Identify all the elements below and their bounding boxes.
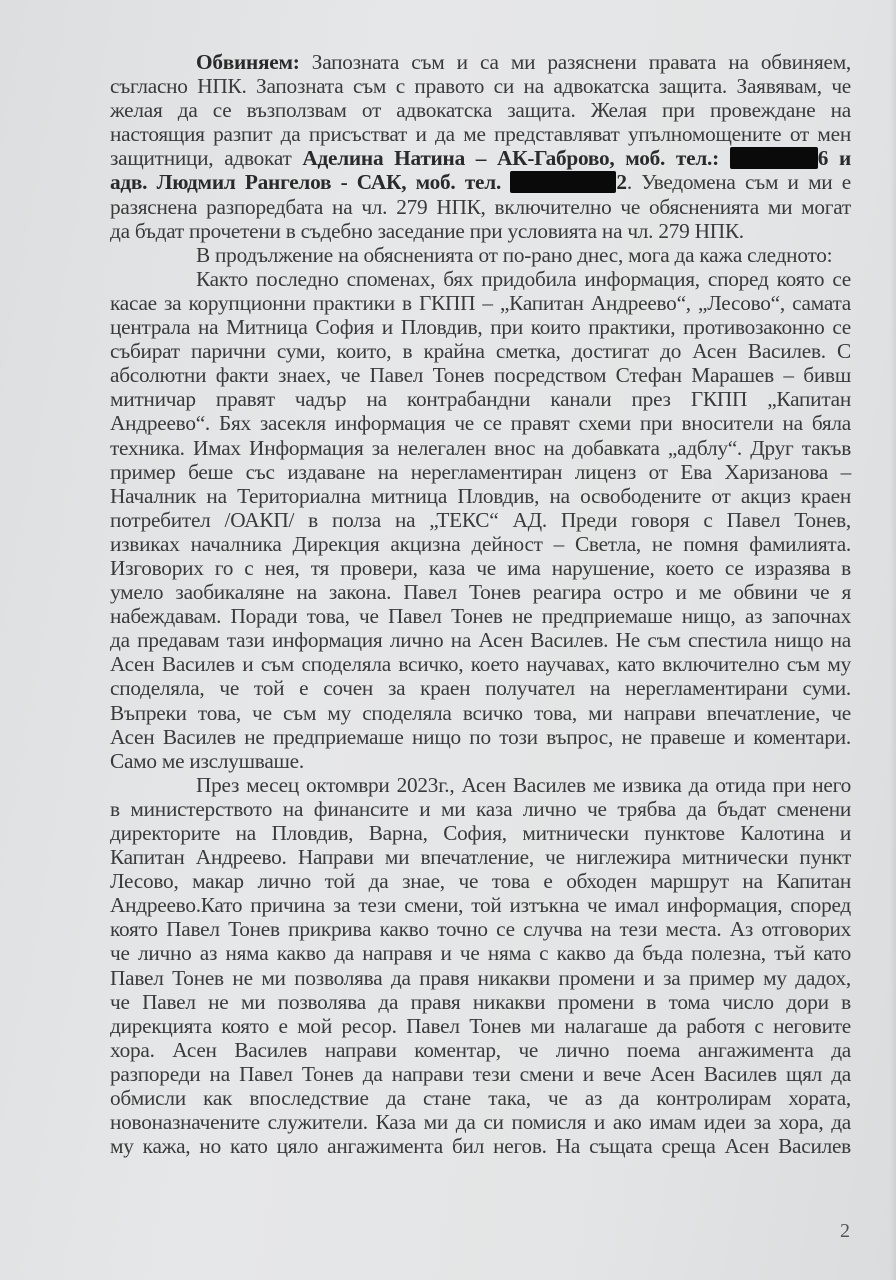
text-run: митничар правят чадър на контрабандни ка…	[110, 387, 851, 411]
text-run: която Павел Тонев прикрива какво точно с…	[110, 917, 851, 941]
text-line: обмисли как впоследствие да стане така, …	[110, 1086, 851, 1110]
text-line: Лесово, макар лично той да знае, че това…	[110, 869, 851, 893]
text-run: потребител /ОАКП/ в полза на „ТЕКС“ АД. …	[110, 508, 851, 532]
text-run: извиках началника Дирекция акцизна дейно…	[110, 532, 851, 556]
text-run: набеждавам. Поради това, че Павел Тонев …	[110, 604, 851, 628]
text-run: Андреево“. Бях засекля информация че се …	[110, 411, 851, 435]
text-run: събират парични суми, които, в крайна см…	[110, 339, 851, 363]
text-line: Само ме изслушваше.	[110, 749, 851, 773]
text-line: В продължение на обясненията от по-рано …	[110, 243, 851, 267]
text-line: Въпреки това, че съм му споделяла всичко…	[110, 701, 851, 725]
text-line: абсолютни факти знаех, че Павел Тонев по…	[110, 363, 851, 387]
text-run: Запозната съм и са ми разяснени правата …	[300, 50, 851, 74]
text-line: събират парични суми, които, в крайна см…	[110, 339, 851, 363]
text-line: Павел Тонев не ми позволява да правя ник…	[110, 966, 851, 990]
text-run: дирекцията която е мой ресор. Павел Тоне…	[110, 1014, 851, 1038]
text-run: техника. Имах Информация за нелегален вн…	[110, 436, 851, 460]
text-run: новоназначените служители. Каза ми да си…	[110, 1110, 851, 1134]
bold-text: Обвиняем:	[196, 50, 300, 74]
text-run: директорите на Пловдив, Варна, София, ми…	[110, 821, 851, 845]
text-line: директорите на Пловдив, Варна, София, ми…	[110, 821, 851, 845]
text-run: умело заобикаляне на закона. Павел Тонев…	[110, 580, 851, 604]
text-run: В продължение на обясненията от по-рано …	[196, 243, 832, 267]
paragraph: През месец октомври 2023г., Асен Василев…	[110, 773, 851, 1159]
text-line: Началник на Териториална митница Пловдив…	[110, 484, 851, 508]
text-run: Въпреки това, че съм му споделяла всичко…	[110, 701, 851, 725]
text-line: Обвиняем: Запозната съм и са ми разяснен…	[110, 50, 851, 74]
text-run: настоящия разпит да присъстват и да ме п…	[110, 122, 851, 146]
text-run: че лично аз няма какво да направя и че н…	[110, 941, 851, 965]
text-run: Асен Василев и съм споделяла всичко, кое…	[110, 652, 851, 676]
text-line: дирекцията която е мой ресор. Павел Тоне…	[110, 1014, 851, 1038]
text-line: че Павел не ми позволява да правя никакв…	[110, 990, 851, 1014]
text-line: умело заобикаляне на закона. Павел Тонев…	[110, 580, 851, 604]
text-run: разяснена разпоредбата на чл. 279 НПК, в…	[110, 195, 851, 219]
text-line: новоназначените служители. Каза ми да си…	[110, 1110, 851, 1134]
paragraph: В продължение на обясненията от по-рано …	[110, 243, 851, 267]
bold-text: 6 и	[818, 146, 851, 170]
text-run: пример беше със издаване на нерегламенти…	[110, 460, 851, 484]
text-line: пример беше със издаване на нерегламенти…	[110, 460, 851, 484]
text-run: разпореди на Павел Тонев да направи тези…	[110, 1062, 851, 1086]
text-line: касае за корупционни практики в ГКПП – „…	[110, 291, 851, 315]
text-line: Асен Василев и съм споделяла всичко, кое…	[110, 652, 851, 676]
text-line: да бъдат прочетени в съдебно заседание п…	[110, 219, 851, 243]
bold-text: адв. Людмил Рангелов - САК, моб. тел.	[110, 170, 510, 194]
text-line: разпореди на Павел Тонев да направи тези…	[110, 1062, 851, 1086]
text-line: споделяла, че той е сочен за краен получ…	[110, 676, 851, 700]
text-line: желая да се възползвам от адвокатска защ…	[110, 98, 851, 122]
text-run: споделяла, че той е сочен за краен получ…	[110, 676, 851, 700]
text-line: му кажа, но като цяло ангажимента бил не…	[110, 1134, 851, 1158]
text-run: Началник на Териториална митница Пловдив…	[110, 484, 851, 508]
text-run: Само ме изслушваше.	[110, 749, 304, 773]
text-run: да бъдат прочетени в съдебно заседание п…	[110, 219, 744, 243]
bold-text: 2	[616, 170, 626, 194]
text-run: му кажа, но като цяло ангажимента бил не…	[110, 1134, 851, 1158]
text-line: разяснена разпоредбата на чл. 279 НПК, в…	[110, 195, 851, 219]
text-line: Асен Василев не предприемаше нищо по тоз…	[110, 725, 851, 749]
text-line: Андреево.Като причина за тези смени, той…	[110, 893, 851, 917]
text-run: Както последно споменах, бях придобила и…	[196, 267, 851, 291]
text-run: абсолютни факти знаех, че Павел Тонев по…	[110, 363, 851, 387]
text-run: желая да се възползвам от адвокатска защ…	[110, 98, 851, 122]
text-line: Както последно споменах, бях придобила и…	[110, 267, 851, 291]
text-line: През месец октомври 2023г., Асен Василев…	[110, 773, 851, 797]
text-line: настоящия разпит да присъстват и да ме п…	[110, 122, 851, 146]
paragraph: Както последно споменах, бях придобила и…	[110, 267, 851, 773]
text-run: защитници, адвокат	[110, 146, 302, 170]
text-line: централа на Митница София и Пловдив, при…	[110, 315, 851, 339]
text-run: обмисли как впоследствие да стане така, …	[110, 1086, 851, 1110]
text-run: Капитан Андреево. Направи ми впечатление…	[110, 845, 851, 869]
text-line: съгласно НПК. Запозната съм с правото си…	[110, 74, 851, 98]
text-line: адв. Людмил Рангелов - САК, моб. тел. 2.…	[110, 170, 851, 194]
redaction-box	[510, 171, 616, 193]
text-run: централа на Митница София и Пловдив, при…	[110, 315, 851, 339]
text-run: Изговорих го с нея, тя провери, каза че …	[110, 556, 851, 580]
text-run: Андреево.Като причина за тези смени, той…	[110, 893, 851, 917]
text-line: извиках началника Дирекция акцизна дейно…	[110, 532, 851, 556]
text-line: набеждавам. Поради това, че Павел Тонев …	[110, 604, 851, 628]
text-run: в министерството на финансите и ми каза …	[110, 797, 851, 821]
text-run: . Уведомена съм и ми е	[627, 170, 851, 194]
text-line: митничар правят чадър на контрабандни ка…	[110, 387, 851, 411]
bold-text: Аделина Натина – АК-Габрово, моб. тел.:	[302, 146, 729, 170]
text-run: Лесово, макар лично той да знае, че това…	[110, 869, 851, 893]
text-line: техника. Имах Информация за нелегален вн…	[110, 436, 851, 460]
text-line: в министерството на финансите и ми каза …	[110, 797, 851, 821]
text-run: хора. Асен Василев направи коментар, че …	[110, 1038, 851, 1062]
text-line: защитници, адвокат Аделина Натина – АК-Г…	[110, 146, 851, 170]
text-run: че Павел не ми позволява да правя никакв…	[110, 990, 851, 1014]
document-body: Обвиняем: Запозната съм и са ми разяснен…	[110, 50, 851, 1158]
text-line: Андреево“. Бях засекля информация че се …	[110, 411, 851, 435]
text-run: Павел Тонев не ми позволява да правя ник…	[110, 966, 851, 990]
text-run: касае за корупционни практики в ГКПП – „…	[110, 291, 851, 315]
text-run: През месец октомври 2023г., Асен Василев…	[196, 773, 851, 797]
paragraph: Обвиняем: Запозната съм и са ми разяснен…	[110, 50, 851, 243]
document-page: Обвиняем: Запозната съм и са ми разяснен…	[0, 0, 896, 1280]
text-line: Капитан Андреево. Направи ми впечатление…	[110, 845, 851, 869]
text-line: Изговорих го с нея, тя провери, каза че …	[110, 556, 851, 580]
text-line: потребител /ОАКП/ в полза на „ТЕКС“ АД. …	[110, 508, 851, 532]
page-number: 2	[840, 1220, 850, 1243]
text-run: съгласно НПК. Запозната съм с правото си…	[110, 74, 851, 98]
text-run: Асен Василев не предприемаше нищо по тоз…	[110, 725, 851, 749]
text-line: да предавам тази информация лично на Асе…	[110, 628, 851, 652]
text-line: че лично аз няма какво да направя и че н…	[110, 941, 851, 965]
text-line: хора. Асен Василев направи коментар, че …	[110, 1038, 851, 1062]
text-line: която Павел Тонев прикрива какво точно с…	[110, 917, 851, 941]
redaction-box	[730, 147, 818, 169]
text-run: да предавам тази информация лично на Асе…	[110, 628, 851, 652]
